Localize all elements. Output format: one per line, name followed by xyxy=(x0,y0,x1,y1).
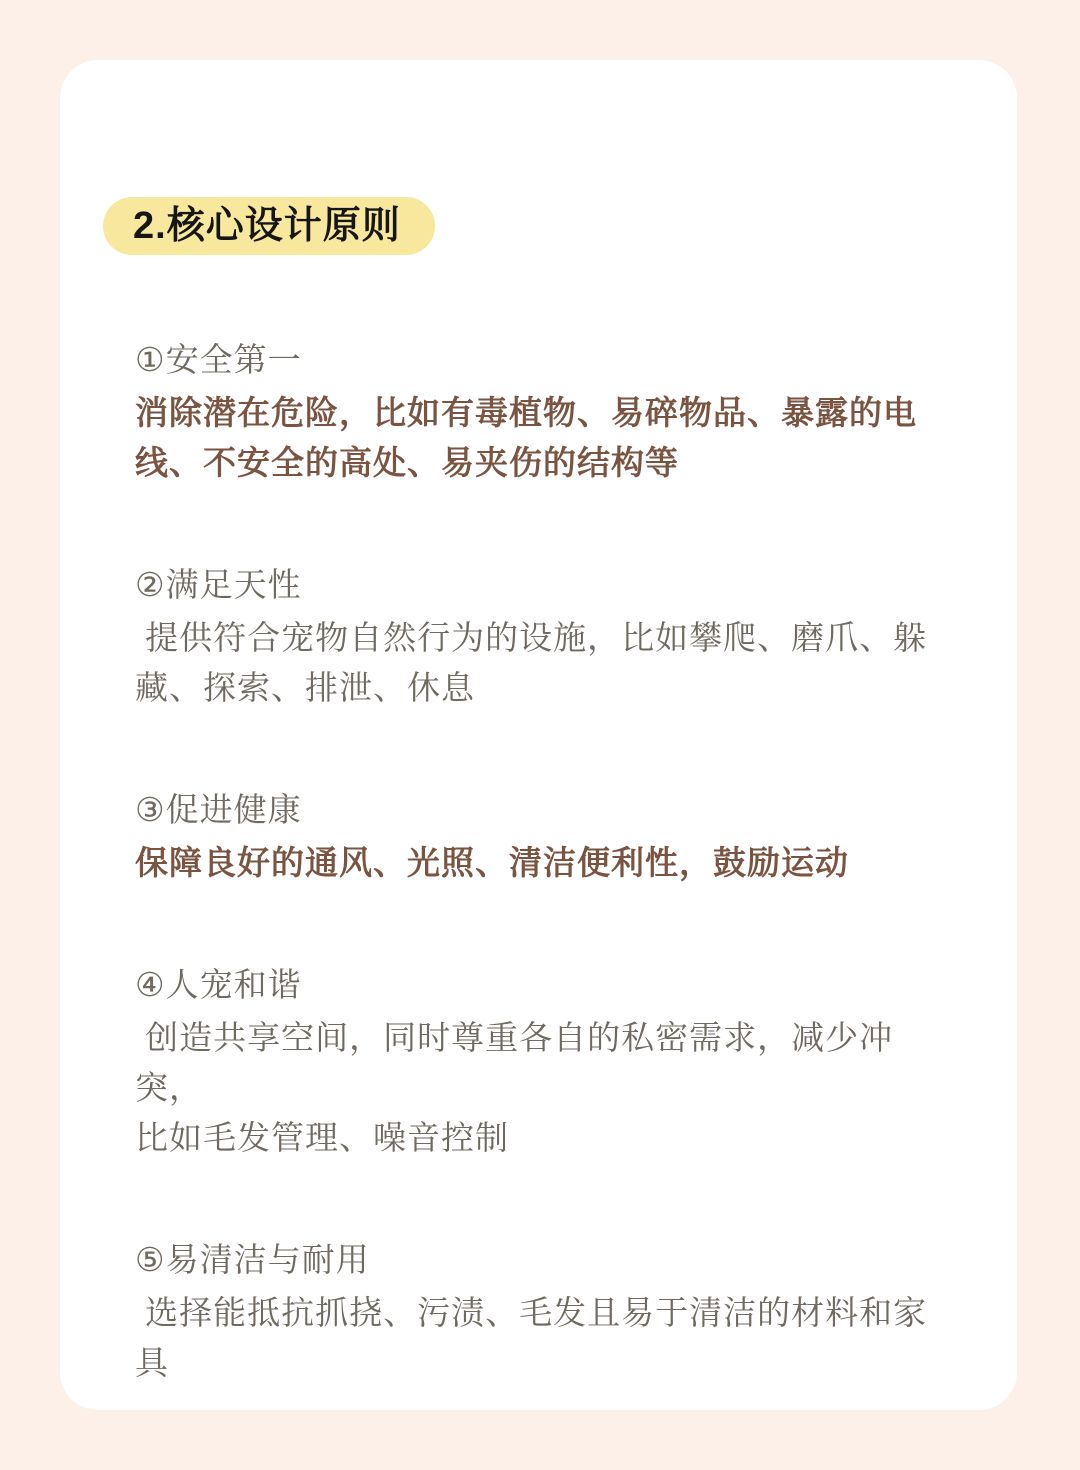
principle-section-safety: ①安全第一 消除潜在危险，比如有毒植物、易碎物品、暴露的电 线、不安全的高处、易… xyxy=(135,335,947,488)
title-highlight-pill: 2.核心设计原则 xyxy=(103,197,435,255)
principle-body: 保障良好的通风、光照、清洁便利性，鼓励运动 xyxy=(135,838,947,888)
principle-section-cleanable: ⑤易清洁与耐用 选择能抵抗抓挠、污渍、毛发且易于清洁的材料和家具 xyxy=(135,1235,947,1388)
principle-heading: ⑤易清洁与耐用 xyxy=(135,1235,947,1285)
principle-section-health: ③促进健康 保障良好的通风、光照、清洁便利性，鼓励运动 xyxy=(135,785,947,888)
content-card: 2.核心设计原则 ①安全第一 消除潜在危险，比如有毒植物、易碎物品、暴露的电 线… xyxy=(60,60,1017,1410)
principle-heading: ④人宠和谐 xyxy=(135,960,947,1010)
principle-heading: ③促进健康 xyxy=(135,785,947,835)
principle-body: 选择能抵抗抓挠、污渍、毛发且易于清洁的材料和家具 xyxy=(135,1288,947,1388)
principle-body: 提供符合宠物自然行为的设施，比如攀爬、磨爪、躲 藏、探索、排泄、休息 xyxy=(135,613,947,713)
principle-heading: ①安全第一 xyxy=(135,335,947,385)
page-title: 2.核心设计原则 xyxy=(133,205,401,247)
principle-section-harmony: ④人宠和谐 创造共享空间，同时尊重各自的私密需求，减少冲突， 比如毛发管理、噪音… xyxy=(135,960,947,1163)
principles-list: ①安全第一 消除潜在危险，比如有毒植物、易碎物品、暴露的电 线、不安全的高处、易… xyxy=(60,335,1017,1388)
principle-body: 消除潜在危险，比如有毒植物、易碎物品、暴露的电 线、不安全的高处、易夹伤的结构等 xyxy=(135,388,947,488)
principle-section-nature: ②满足天性 提供符合宠物自然行为的设施，比如攀爬、磨爪、躲 藏、探索、排泄、休息 xyxy=(135,560,947,713)
page-background: { "title": { "text": "2.核心设计原则" }, "sect… xyxy=(0,0,1080,1470)
principle-heading: ②满足天性 xyxy=(135,560,947,610)
principle-body: 创造共享空间，同时尊重各自的私密需求，减少冲突， 比如毛发管理、噪音控制 xyxy=(135,1013,947,1163)
